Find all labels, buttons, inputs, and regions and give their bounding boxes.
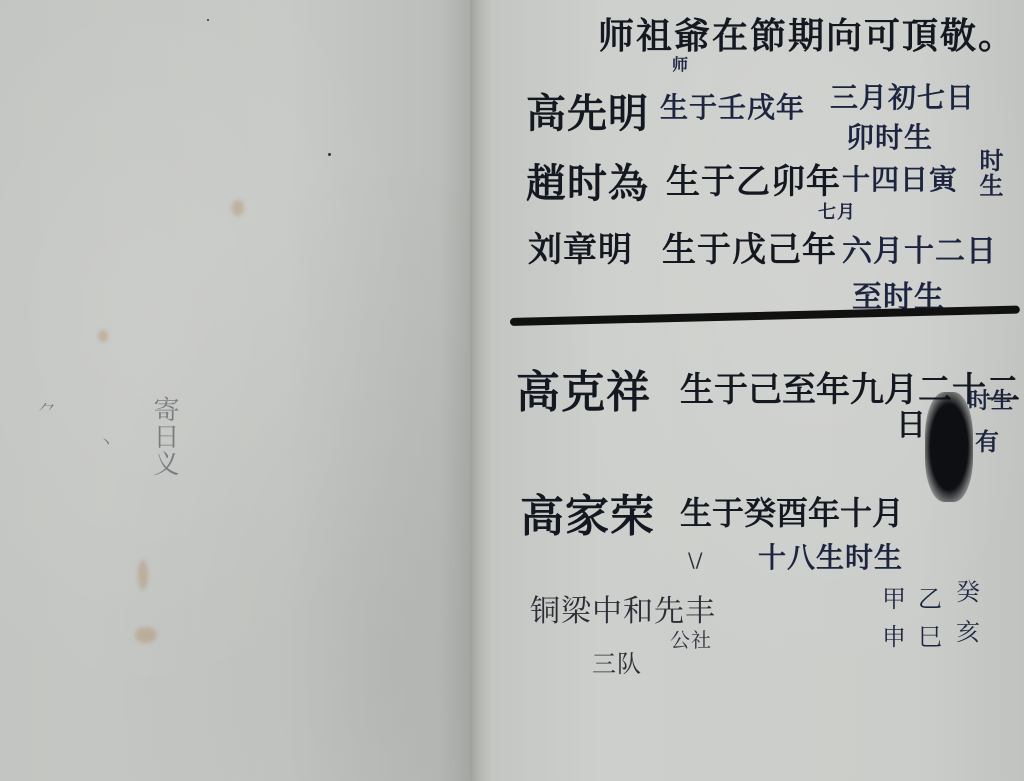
entry-name: 高家荣 <box>520 480 655 544</box>
seal-fragment-text: 寄日义 <box>146 396 183 477</box>
entry-insert-month: 七月 <box>818 198 856 224</box>
entry-birth-year: 生于壬戌年 <box>660 86 805 126</box>
foxing-stain <box>232 200 244 216</box>
entry-birth-date: 三月初七日 <box>830 76 975 116</box>
seal-char: 义 <box>149 450 179 477</box>
foxing-stain <box>135 627 157 643</box>
page-heading: 师祖爺在節期向可頂敬。 <box>598 8 1016 59</box>
stem-char: 乙 <box>918 580 943 618</box>
entry-birth-date: 六月十二日 <box>842 226 997 270</box>
entry-name: 高克祥 <box>516 356 651 420</box>
address-commune: 公社 <box>670 624 712 653</box>
entry-birth-year: 生于癸酉年十月 <box>680 488 904 534</box>
stem-char: 甲 <box>882 580 907 618</box>
entry-note: 有 <box>975 422 1000 457</box>
entry-birth-year: 生于乙卯年 <box>666 154 841 203</box>
bleed-through-mark: 丶 <box>98 430 115 453</box>
entry-name: 趙时為 <box>526 152 649 209</box>
seal-char: 寄 <box>149 396 179 423</box>
entry-birth-date: 十四日寅 <box>842 158 958 198</box>
ink-speck <box>207 19 209 21</box>
branch-char: 巳 <box>918 618 943 656</box>
left-page: ⺈ 丶 寄日义 <box>0 0 478 781</box>
entry-birth-hour: 十八生时生 <box>758 536 903 576</box>
stems-col-2: 乙 巳 <box>918 580 943 656</box>
heading-insert: 师 <box>672 52 689 75</box>
foxing-stain <box>138 560 148 590</box>
seal-char: 日 <box>149 423 179 450</box>
manuscript-spread: ⺈ 丶 寄日义 师祖爺在節期向可頂敬。 师 高先明 生于壬戌年 三月初七日 卯时… <box>0 0 1024 781</box>
stems-col-1: 甲 申 <box>882 580 907 656</box>
entry-birth-hour: 卯时生 <box>846 116 933 156</box>
foxing-stain <box>98 330 108 342</box>
entry-name: 高先明 <box>526 82 649 139</box>
insertion-caret: \/ <box>688 548 703 572</box>
stem-char: 癸 <box>956 572 981 612</box>
address-team: 三队 <box>592 644 642 679</box>
ink-correction-blot <box>925 392 973 502</box>
ink-speck <box>328 153 331 156</box>
entry-name: 刘章明 <box>528 222 633 271</box>
bleed-through-mark: ⺈ <box>38 398 57 424</box>
entry-birth-hour: 时生 <box>968 384 1014 415</box>
book-gutter <box>470 0 496 781</box>
branch-char: 亥 <box>956 612 981 652</box>
entry-day: 日 <box>896 400 927 444</box>
stems-col-3: 癸 亥 <box>956 572 981 652</box>
entry-birth-year: 生于戊己年 <box>662 222 837 271</box>
entry-birth-hour: 时生 <box>972 148 1007 198</box>
branch-char: 申 <box>882 618 907 656</box>
